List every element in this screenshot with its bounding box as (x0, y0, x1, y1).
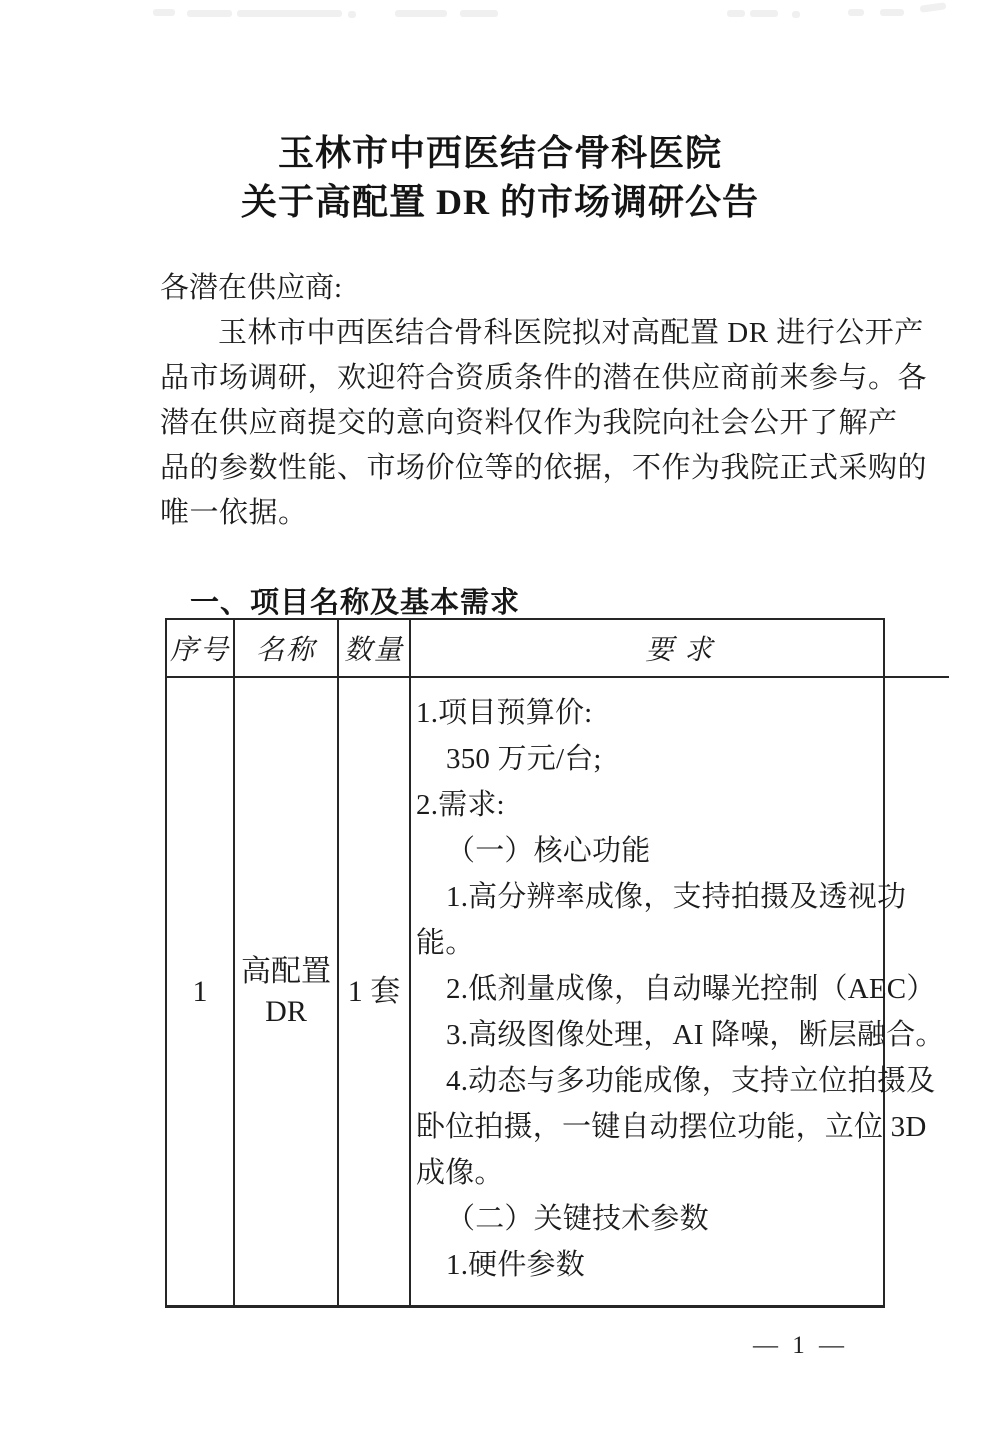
page-number: — 1 — (753, 1332, 848, 1360)
requirement-line: 350 万元/台; (416, 736, 945, 782)
paragraph-line: 玉林市中西医结合骨科医院拟对高配置 DR 进行公开产 (160, 311, 872, 356)
requirement-line: 卧位拍摄，一键自动摆位功能，立位 3D (416, 1104, 945, 1150)
document-title: 玉林市中西医结合骨科医院 关于高配置 DR 的市场调研公告 (0, 129, 1000, 227)
requirement-line: 2.低剂量成像，自动曝光控制（AEC） (416, 966, 945, 1012)
requirement-line: 成像。 (416, 1150, 945, 1196)
cell-serial-number: 1 (167, 678, 235, 1305)
serial-number: 1 (193, 972, 208, 1012)
table-header-requirements: 要 求 (411, 620, 949, 678)
cell-quantity: 1 套 (339, 678, 411, 1305)
paragraph-line: 品市场调研，欢迎符合资质条件的潜在供应商前来参与。各 (160, 356, 872, 401)
paragraph-line: 唯一依据。 (160, 491, 872, 536)
title-line-1: 玉林市中西医结合骨科医院 (0, 129, 1000, 178)
body-paragraph: 玉林市中西医结合骨科医院拟对高配置 DR 进行公开产品市场调研，欢迎符合资质条件… (160, 311, 872, 536)
quantity-value: 1 套 (348, 972, 401, 1012)
table-header-quantity: 数量 (339, 620, 411, 678)
requirements-cell: 1.项目预算价:350 万元/台;2.需求:（一）核心功能1.高分辨率成像，支持… (411, 678, 949, 1305)
cell-item-name: 高配置 DR (235, 678, 339, 1305)
requirement-line: （一）核心功能 (416, 828, 945, 874)
requirement-line: （二）关键技术参数 (416, 1196, 945, 1242)
table-header-serial: 序号 (167, 620, 235, 678)
requirement-line: 4.动态与多功能成像，支持立位拍摄及 (416, 1058, 945, 1104)
requirement-line: 1.硬件参数 (416, 1242, 945, 1288)
title-line-2: 关于高配置 DR 的市场调研公告 (0, 178, 1000, 227)
requirement-line: 1.项目预算价: (416, 690, 945, 736)
requirement-line: 1.高分辨率成像，支持拍摄及透视功 (416, 874, 945, 920)
salutation: 各潜在供应商: (160, 266, 342, 311)
section-heading: 一、项目名称及基本需求 (190, 580, 520, 621)
requirement-line: 能。 (416, 920, 945, 966)
document-page: 玉林市中西医结合骨科医院 关于高配置 DR 的市场调研公告 各潜在供应商: 玉林… (0, 0, 1000, 1435)
table-header-name: 名称 (235, 620, 339, 678)
requirement-line: 3.高级图像处理，AI 降噪，断层融合。 (416, 1012, 945, 1058)
requirement-line: 2.需求: (416, 782, 945, 828)
requirements-table: 序号 名称 数量 要 求 1 高配置 DR 1 套 1.项目预算价:350 万元… (165, 618, 885, 1308)
paragraph-line: 潜在供应商提交的意向资料仅作为我院向社会公开了解产 (160, 401, 872, 446)
paragraph-line: 品的参数性能、市场价位等的依据，不作为我院正式采购的 (160, 446, 872, 491)
item-name-line-2: DR (265, 992, 307, 1032)
item-name-line-1: 高配置 (241, 952, 331, 992)
